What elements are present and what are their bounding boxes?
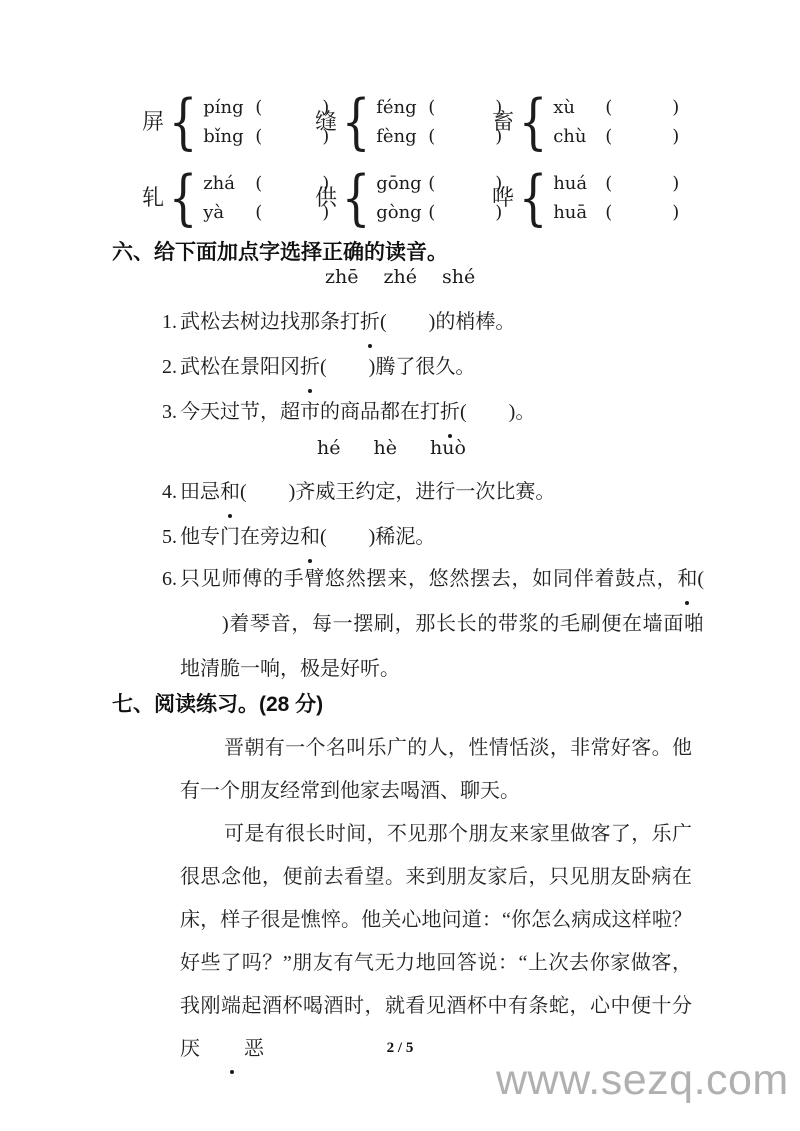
option-pinyin: shé xyxy=(442,266,475,288)
passage-paragraph-1: 晋朝有一个名叫乐广的人，性情恬淡，非常好客。他有一个朋友经常到他家去喝酒、聊天。 xyxy=(180,727,692,813)
section-seven-title: 七、阅读练习。(28 分) xyxy=(112,688,323,718)
document-page: 屏 { píng() bǐng() 缝 { féng() fèng() 畜 { … xyxy=(0,0,800,1131)
paren-close: ) xyxy=(672,174,679,194)
pinyin-reading: féng xyxy=(376,98,428,118)
reading-lines: píng() bǐng() xyxy=(203,98,329,147)
paren-close: ) xyxy=(672,203,679,223)
dotted-character: 和 xyxy=(220,470,240,515)
reading-lines: zhá() yà() xyxy=(203,174,329,223)
reading-line: féng() xyxy=(376,98,502,118)
paren-open: ( xyxy=(380,311,387,333)
option-pinyin: huò xyxy=(430,437,466,459)
question-item-2: 2. 武松在景阳冈折()腾了很久。 xyxy=(162,345,704,390)
reading-lines: gōng() gòng() xyxy=(376,174,502,223)
text-after: 腾了很久。 xyxy=(375,356,475,378)
pronunciation-options-he: hé hè huò xyxy=(317,437,466,459)
item-text: 武松去树边找那条打折()的梢棒。 xyxy=(180,300,704,345)
reading-line: xù() xyxy=(553,98,679,118)
item-number: 4. xyxy=(162,470,177,515)
multi-reading-character: 缝 xyxy=(315,111,337,133)
brace-icon: { xyxy=(169,171,198,225)
text-before: 今天过节，超市的商品都在打 xyxy=(180,401,440,423)
paren-close: ) xyxy=(672,127,679,147)
paren-close: ) xyxy=(672,98,679,118)
text-after: 的梢棒。 xyxy=(435,311,515,333)
pinyin-reading: yà xyxy=(203,203,255,223)
dotted-character: 和 xyxy=(677,557,697,602)
brace-icon: { xyxy=(169,95,198,149)
paren-open: ( xyxy=(240,481,247,503)
paren-open: ( xyxy=(428,98,435,118)
paren-open: ( xyxy=(605,127,612,147)
text-after: 。 xyxy=(515,401,535,423)
paren-open: ( xyxy=(255,98,262,118)
text-after: 齐威王约定，进行一次比赛。 xyxy=(295,481,555,503)
multi-reading-character: 哗 xyxy=(492,187,514,209)
paragraph-text: 可是有很长时间，不见那个朋友来家里做客了，乐广很思念他，便前去看望。来到朋友家后… xyxy=(180,823,692,1060)
item-number: 6. xyxy=(162,557,177,692)
paren-open: ( xyxy=(428,174,435,194)
passage-paragraph-2: 可是有很长时间，不见那个朋友来家里做客了，乐广很思念他，便前去看望。来到朋友家后… xyxy=(180,813,692,1071)
paren-open: ( xyxy=(605,203,612,223)
question-item-5: 5. 他专门在旁边和()稀泥。 xyxy=(162,515,704,560)
item-text: 他专门在旁边和()稀泥。 xyxy=(180,515,704,560)
reading-line: píng() xyxy=(203,98,329,118)
item-text: 只见师傅的手臂悠然摆来，悠然摆去，如同伴着鼓点，和()着琴音，每一摆刷，那长长的… xyxy=(180,557,704,692)
option-pinyin: zhē xyxy=(325,266,359,288)
pinyin-group-xu: 畜 { xù() chù() xyxy=(492,90,662,154)
paragraph-text: 晋朝有一个名叫乐广的人，性情恬淡，非常好客。他有一个朋友经常到他家去喝酒、聊天。 xyxy=(180,737,692,802)
text-before: 田忌 xyxy=(180,481,220,503)
reading-line: huá() xyxy=(553,174,679,194)
reading-line: bǐng() xyxy=(203,127,329,147)
pronunciation-options-zhe: zhē zhé shé xyxy=(325,266,475,288)
pinyin-reading: fèng xyxy=(376,127,428,147)
item-number: 1. xyxy=(162,300,177,345)
pinyin-reading: gōng xyxy=(376,174,428,194)
reading-lines: féng() fèng() xyxy=(376,98,502,147)
dotted-character: 和 xyxy=(300,515,320,560)
question-item-1: 1. 武松去树边找那条打折()的梢棒。 xyxy=(162,300,704,345)
pinyin-reading: gòng xyxy=(376,203,428,223)
pinyin-reading: chù xyxy=(553,127,605,147)
brace-icon: { xyxy=(519,171,548,225)
text-before: 武松去树边找那条打 xyxy=(180,311,360,333)
reading-lines: huá() huā() xyxy=(553,174,679,223)
pinyin-exercise: 屏 { píng() bǐng() 缝 { féng() fèng() 畜 { … xyxy=(142,90,662,230)
paren-open: ( xyxy=(255,127,262,147)
multi-reading-character: 屏 xyxy=(142,111,164,133)
dotted-character: 折 xyxy=(360,300,380,345)
brace-icon: { xyxy=(342,95,371,149)
item-text: 今天过节，超市的商品都在打折()。 xyxy=(180,390,704,435)
text-after: 稀泥。 xyxy=(375,526,435,548)
question-item-3: 3. 今天过节，超市的商品都在打折()。 xyxy=(162,390,704,435)
paren-open: ( xyxy=(255,174,262,194)
text-after: 着琴音，每一摆刷，那长长的带浆的毛刷便在墙面啪地清脆一响，极是好听。 xyxy=(180,613,704,680)
pinyin-reading: xù xyxy=(553,98,605,118)
pinyin-reading: huā xyxy=(553,203,605,223)
reading-line: fèng() xyxy=(376,127,502,147)
paren-open: ( xyxy=(320,356,327,378)
paren-close: ) xyxy=(222,613,229,635)
text-before: 他专门在旁边 xyxy=(180,526,300,548)
section-six-title: 六、给下面加点字选择正确的读音。 xyxy=(112,236,448,266)
pinyin-reading: píng xyxy=(203,98,255,118)
paren-open: ( xyxy=(605,174,612,194)
reading-line: yà() xyxy=(203,203,329,223)
pinyin-group-gong: 供 { gōng() gòng() xyxy=(315,166,492,230)
pinyin-reading: huá xyxy=(553,174,605,194)
paren-open: ( xyxy=(697,568,704,590)
item-number: 2. xyxy=(162,345,177,390)
multi-reading-character: 供 xyxy=(315,187,337,209)
dotted-character: 折 xyxy=(300,345,320,390)
option-pinyin: hé xyxy=(317,437,340,459)
multi-reading-character: 畜 xyxy=(492,111,514,133)
brace-icon: { xyxy=(519,95,548,149)
text-before: 只见师傅的手臂悠然摆来，悠然摆去，如同伴着鼓点， xyxy=(180,568,677,590)
text-before: 武松在景阳冈 xyxy=(180,356,300,378)
brace-icon: { xyxy=(342,171,371,225)
item-text: 田忌和()齐威王约定，进行一次比赛。 xyxy=(180,470,704,515)
paren-open: ( xyxy=(460,401,467,423)
reading-line: gòng() xyxy=(376,203,502,223)
paren-open: ( xyxy=(320,526,327,548)
reading-line: gōng() xyxy=(376,174,502,194)
question-item-4: 4. 田忌和()齐威王约定，进行一次比赛。 xyxy=(162,470,704,515)
reading-line: zhá() xyxy=(203,174,329,194)
page-number: 2 / 5 xyxy=(0,1040,800,1057)
multi-reading-character: 轧 xyxy=(142,187,164,209)
paren-open: ( xyxy=(428,127,435,147)
paren-open: ( xyxy=(428,203,435,223)
paren-open: ( xyxy=(255,203,262,223)
reading-line: huā() xyxy=(553,203,679,223)
pinyin-group-zha: 轧 { zhá() yà() xyxy=(142,166,315,230)
item-number: 3. xyxy=(162,390,177,435)
item-number: 5. xyxy=(162,515,177,560)
option-pinyin: zhé xyxy=(384,266,418,288)
pinyin-group-hua: 哗 { huá() huā() xyxy=(492,166,662,230)
reading-lines: xù() chù() xyxy=(553,98,679,147)
question-item-6: 6. 只见师傅的手臂悠然摆来，悠然摆去，如同伴着鼓点，和()着琴音，每一摆刷，那… xyxy=(162,557,704,692)
pinyin-group-feng: 缝 { féng() fèng() xyxy=(315,90,492,154)
pinyin-reading: bǐng xyxy=(203,127,255,147)
dotted-character: 折 xyxy=(440,390,460,435)
item-text: 武松在景阳冈折()腾了很久。 xyxy=(180,345,704,390)
reading-passage: 晋朝有一个名叫乐广的人，性情恬淡，非常好客。他有一个朋友经常到他家去喝酒、聊天。… xyxy=(180,727,692,1071)
pinyin-group-ping: 屏 { píng() bǐng() xyxy=(142,90,315,154)
paren-open: ( xyxy=(605,98,612,118)
watermark-text: www.sezq.com xyxy=(496,1056,789,1105)
pinyin-reading: zhá xyxy=(203,174,255,194)
reading-line: chù() xyxy=(553,127,679,147)
option-pinyin: hè xyxy=(373,437,396,459)
